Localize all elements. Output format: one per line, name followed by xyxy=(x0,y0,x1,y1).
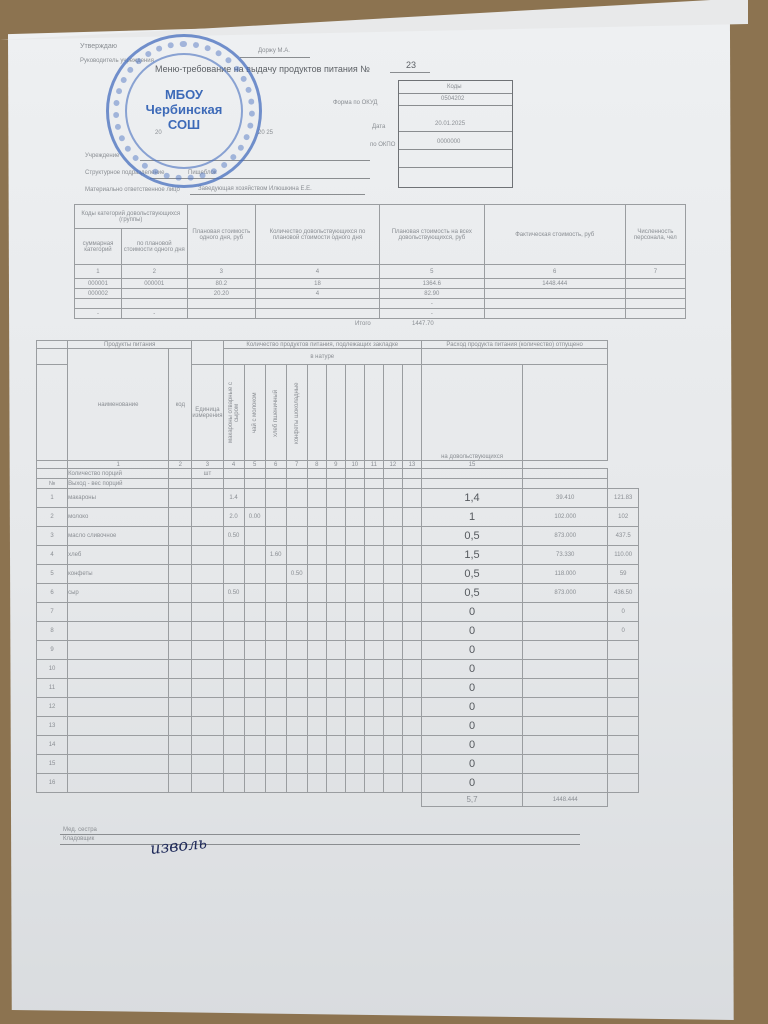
product-row: 150 xyxy=(37,755,639,774)
product-row: 110 xyxy=(37,679,639,698)
school-stamp: МБОУ Чербинская СОШ xyxy=(106,34,262,188)
product-row: 5конфеты0.500,5118.00059 xyxy=(37,565,639,584)
product-row: 800 xyxy=(37,622,639,641)
summary-row: - xyxy=(75,299,686,309)
institution-label: Учреждение xyxy=(85,153,119,159)
summary-total-value: 1447.70 xyxy=(412,321,434,327)
stamp-line-2: Чербинская xyxy=(109,102,259,117)
footer-line-2 xyxy=(60,844,580,845)
product-row: 1макароны1.41,439.410121.83 xyxy=(37,489,639,508)
product-row: 90 xyxy=(37,641,639,660)
product-row: 2молоко2.00.001102.000102 xyxy=(37,508,639,527)
stamp-line-3: СОШ xyxy=(109,117,259,132)
date-value: 20.01.2025 xyxy=(435,121,465,127)
med-label: Мед. сестра xyxy=(63,827,97,833)
summary-table: Коды категорий довольствующихся (группы)… xyxy=(74,204,686,319)
okud-value: 0504202 xyxy=(441,96,464,102)
responsible-line xyxy=(190,194,365,195)
okud-label: Форма по ОКУД xyxy=(333,100,377,106)
form-number: 23 xyxy=(396,60,426,70)
summary-row: --- xyxy=(75,309,686,319)
footer-line-1 xyxy=(60,834,580,835)
head-name: Доржу М.А. xyxy=(258,48,290,54)
product-row: 3масло сливочное0.500,5873.000437.5 xyxy=(37,527,639,546)
cook-label: Кладовщик xyxy=(63,836,94,842)
okpo-value: 0000000 xyxy=(437,139,460,145)
responsible-value: Заведующая хозяйством Илюшкина Е.Е. xyxy=(198,186,312,192)
product-row: 120 xyxy=(37,698,639,717)
product-row: 700 xyxy=(37,603,639,622)
product-row: 140 xyxy=(37,736,639,755)
responsible-label: Материально ответственное лицо xyxy=(85,187,180,193)
number-line xyxy=(390,72,430,73)
date-year: 20 25 xyxy=(258,130,273,136)
codes-title: Коды xyxy=(447,84,462,90)
head-signature-line xyxy=(240,57,310,58)
summary-total-label: Итого xyxy=(355,321,371,327)
approve-label: Утверждаю xyxy=(80,43,117,50)
okpo-label: по ОКПО xyxy=(370,142,395,148)
summary-row: 00000220.20482.90 xyxy=(75,289,686,299)
product-row: 160 xyxy=(37,774,639,793)
product-row: 4хлеб1.601,573.330110.00 xyxy=(37,546,639,565)
summary-row: 00000100000180.2181364.61448.444 xyxy=(75,279,686,289)
date-label: Дата xyxy=(372,124,385,130)
codes-box: Коды 0504202 20.01.2025 0000000 xyxy=(398,80,513,188)
product-row: 130 xyxy=(37,717,639,736)
products-table: Продукты питанияКоличество продуктов пит… xyxy=(36,340,639,807)
stamp-line-1: МБОУ xyxy=(109,87,259,102)
product-row: 100 xyxy=(37,660,639,679)
product-row: 6сыр0.500,5873.000436.50 xyxy=(37,584,639,603)
